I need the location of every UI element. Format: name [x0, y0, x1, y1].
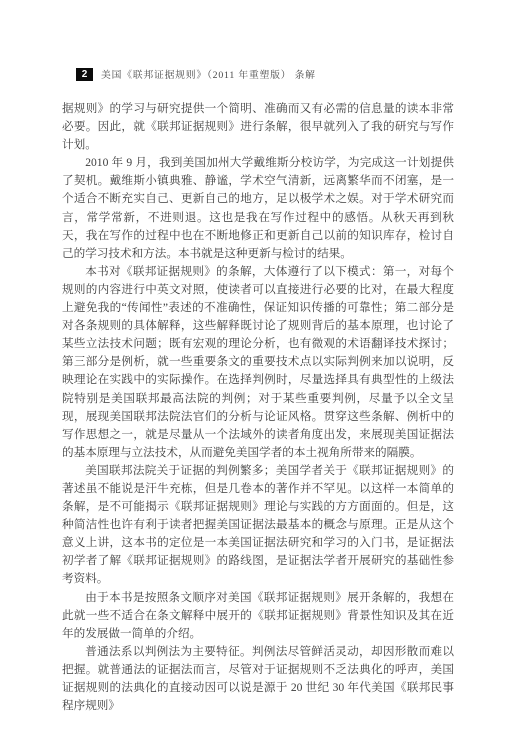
- book-page: 2 美国《联邦证据规则》（2011 年重塑版） 条解 据规则》的学习与研究提供一…: [0, 0, 522, 738]
- paragraph: 美国联邦法院关于证据的判例繁多；美国学者关于《联邦证据规则》的著述虽不能说是汗牛…: [62, 462, 454, 589]
- paragraph: 据规则》的学习与研究提供一个简明、准确而又有必需的信息量的读本非常必要。因此，就…: [62, 100, 454, 154]
- paragraph: 本书对《联邦证据规则》的条解，大体遵行了以下模式：第一，对每个规则的内容进行中英…: [62, 263, 454, 462]
- paragraph: 2010 年 9 月，我到美国加州大学戴维斯分校访学，为完成这一计划提供了契机。…: [62, 154, 454, 263]
- body-text: 据规则》的学习与研究提供一个简明、准确而又有必需的信息量的读本非常必要。因此，就…: [62, 100, 454, 715]
- running-header: 2 美国《联邦证据规则》（2011 年重塑版） 条解: [76, 67, 316, 81]
- running-header-title: 美国《联邦证据规则》（2011 年重塑版） 条解: [101, 67, 316, 81]
- page-number-badge: 2: [76, 68, 93, 81]
- paragraph: 由于本书是按照条文顺序对美国《联邦证据规则》展开条解的，我想在此就一些不适合在条…: [62, 589, 454, 643]
- paragraph: 普通法系以判例法为主要特征。判例法尽管鲜活灵动，却因形散而难以把握。就普通法的证…: [62, 643, 454, 715]
